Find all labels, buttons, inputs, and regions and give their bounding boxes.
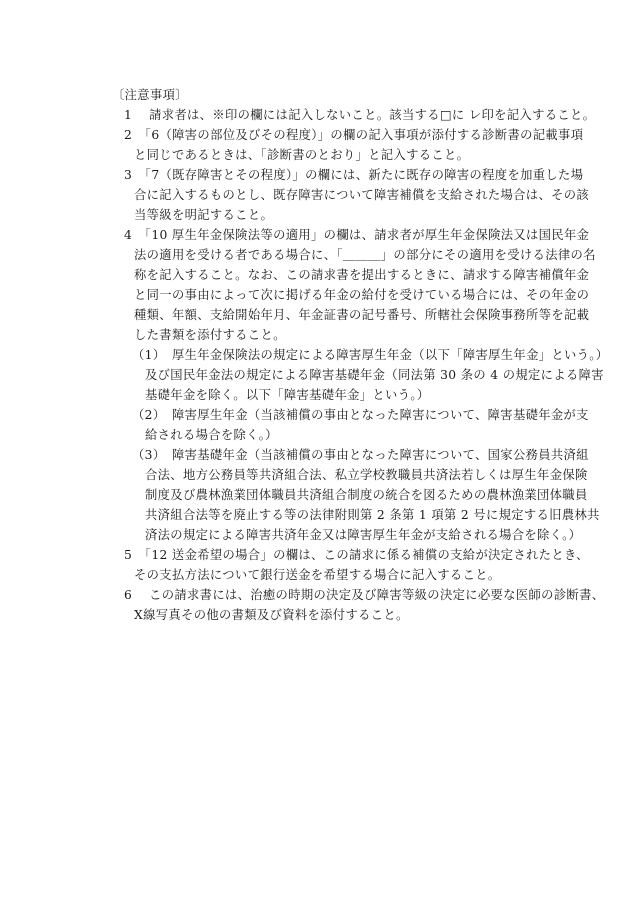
note-line: 当等級を明記すること。 bbox=[134, 205, 273, 225]
note-line: 基礎年金を除く。以下「障害基礎年金」という。） bbox=[145, 385, 429, 405]
note-line: 5 「12 送金希望の場合」の欄は、この請求に係る補償の支給が決定されたとき、 bbox=[124, 545, 589, 565]
note-line: 給される場合を除く。） bbox=[145, 425, 278, 445]
note-line: 法の適用を受ける者である場合に、「＿＿＿」の部分にその適用を受ける法律の名 bbox=[134, 245, 596, 265]
note-line: 4 「10 厚生年金保険法等の適用」の欄は、請求者が厚生年金保険法又は国民年金 bbox=[124, 225, 589, 245]
note-line: と同一の事由によって次に掲げる年金の給付を受けている場合には、その年金の bbox=[134, 285, 589, 305]
note-line: 称を記入すること。なお、この請求書を提出するときに、請求する障害補償年金 bbox=[134, 265, 589, 285]
note-line: 合法、地方公務員等共済組合法、私立学校教職員共済法若しくは厚生年金保険 bbox=[145, 465, 588, 485]
note-line: 2 「6（障害の部位及びその程度）」の欄の記入事項が添付する診断書の記載事項 bbox=[124, 125, 583, 145]
note-line: その支払方法について銀行送金を希望する場合に記入すること。 bbox=[134, 565, 501, 585]
notes-heading: 〔注意事項〕 bbox=[112, 85, 188, 105]
note-line: 済法の規定による障害共済年金又は障害厚生年金が支給される場合を除く。） bbox=[145, 525, 581, 545]
note-line: と同じであるときは、「診断書のとおり」と記入すること。 bbox=[134, 145, 469, 165]
note-line: 合に記入するものとし、既存障害について障害補償を支給された場合は、その該 bbox=[134, 185, 589, 205]
note-line: （2） 障害厚生年金（当該補償の事由となった障害について、障害基礎年金が支 bbox=[132, 405, 589, 425]
note-line: （3） 障害基礎年金（当該補償の事由となった障害について、国家公務員共済組 bbox=[132, 445, 589, 465]
note-line: X線写真その他の書類及び資料を添付すること。 bbox=[134, 605, 409, 625]
document-page: 〔注意事項〕 1 請求者は、※印の欄には記入しないこと。該当する□に レ印を記入… bbox=[0, 0, 630, 903]
note-line: （1） 厚生年金保険法の規定による障害厚生年金（以下「障害厚生年金」という。） bbox=[132, 345, 608, 365]
note-line: 共済組合法等を廃止する等の法律附則第 2 条第 1 項第 2 号に規定する旧農林… bbox=[145, 505, 600, 525]
note-line: 1 請求者は、※印の欄には記入しないこと。該当する□に レ印を記入すること。 bbox=[124, 105, 595, 125]
note-line: 制度及び農林漁業団体職員共済組合制度の統合を図るための農林漁業団体職員 bbox=[145, 485, 588, 505]
note-line: 6 この請求書には、治癒の時期の決定及び障害等級の決定に必要な医師の診断書、 bbox=[124, 585, 604, 605]
note-line: 3 「7（既存障害とその程度）」の欄には、新たに既存の障害の程度を加重した場 bbox=[124, 165, 583, 185]
note-line: 種類、年額、支給開始年月、年金証書の記号番号、所轄社会保険事務所等を記載 bbox=[134, 305, 589, 325]
note-line: した書類を添付すること。 bbox=[134, 325, 286, 345]
note-line: 及び国民年金法の規定による障害基礎年金（同法第 30 条の 4 の規定による障害 bbox=[145, 365, 604, 385]
